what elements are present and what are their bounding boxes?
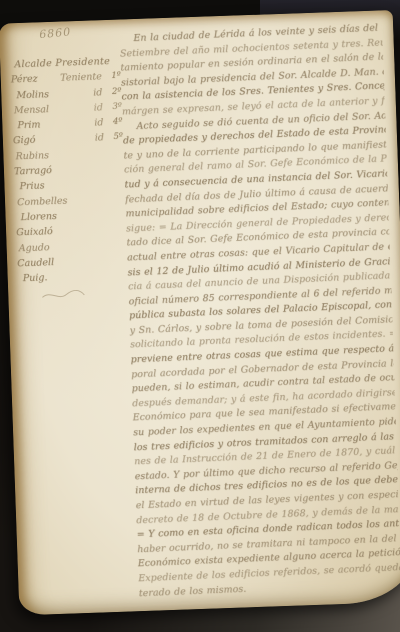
margin-attendee-list: PérezTeniente1ºMolinsid2ºMensalid3ºPrimi…	[11, 69, 128, 287]
margin-attendee-row: Puig.	[17, 268, 127, 287]
manuscript-page: 6860 Alcalde Presidente PérezTeniente1ºM…	[0, 10, 400, 615]
folio-number: 6860	[39, 25, 72, 41]
rubric-flourish-icon	[40, 288, 86, 302]
margin-attendees: Alcalde Presidente PérezTeniente1ºMolins…	[10, 54, 128, 303]
manuscript-photo: 6860 Alcalde Presidente PérezTeniente1ºM…	[0, 0, 400, 632]
manuscript-body: En la ciudad de Lérida á los veinte y se…	[119, 23, 400, 601]
